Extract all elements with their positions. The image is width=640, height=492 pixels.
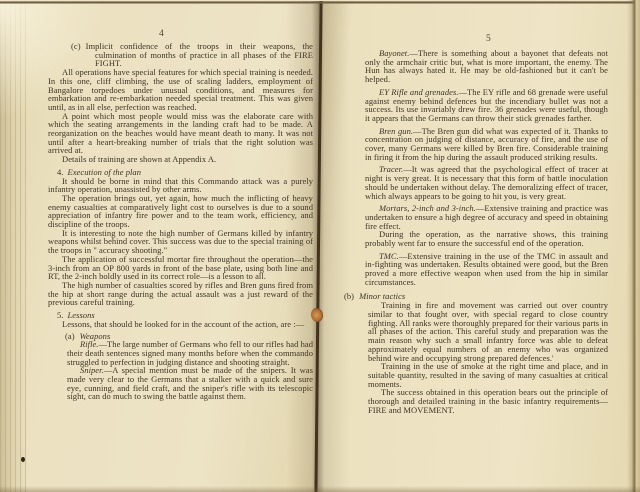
weapon-text: —A special mention must be made of the s… — [67, 365, 313, 401]
book-top-edge — [0, 0, 640, 5]
page-number-right: 5 — [486, 34, 491, 44]
paragraph: The operation brings out, yet again, how… — [48, 194, 313, 229]
book-spread: 4 (c)Implicit confidence of the troops i… — [0, 0, 640, 492]
subsection-letter: (b) — [344, 291, 354, 301]
subsection-label: (b)Minor tactics — [344, 292, 608, 301]
list-item-c: (c)Implicit confidence of the troops in … — [48, 42, 313, 68]
weapon-text: —Extensive training in the use of the TM… — [365, 251, 608, 287]
paragraph: The success obtained in this operation b… — [368, 388, 608, 414]
weapon-paragraph: Rifle.—The large number of Germans who f… — [67, 340, 313, 366]
right-page-text: Bayonet.—There is something about a bayo… — [344, 49, 608, 414]
item-label: (c) — [71, 41, 81, 51]
weapon-paragraph: Tracer.—It was agreed that the psycholog… — [365, 165, 608, 200]
left-page-text: (c)Implicit confidence of the troops in … — [48, 42, 313, 401]
paragraph: A point which most people would miss was… — [48, 112, 313, 156]
item-text: Implicit confidence of the troops in the… — [86, 41, 313, 68]
subsection-title: Minor tactics — [359, 291, 405, 301]
paragraph: It should be borne in mind that this Com… — [48, 177, 313, 194]
book-bottom-edge — [0, 486, 640, 492]
paragraph: The application of successful mortar fir… — [48, 255, 313, 281]
weapon-paragraph: Bren gun.—The Bren gun did what was expe… — [365, 127, 608, 162]
paragraph: Lessons, that should be looked for in th… — [48, 320, 313, 329]
paragraph: The high number of casualties scored by … — [48, 281, 313, 307]
paragraph: It is interesting to note the high numbe… — [48, 229, 313, 255]
paragraph: Training in fire and movement was carrie… — [368, 301, 608, 362]
weapon-paragraph: EY Rifle and grenades.—The EY rifle and … — [365, 88, 608, 123]
subsection-letter: (a) — [65, 331, 75, 341]
weapon-paragraph: Mortars, 2-inch and 3-inch.—Extensive tr… — [365, 204, 608, 230]
page-number-left: 4 — [159, 29, 164, 39]
paragraph: Details of training are shown at Appendi… — [48, 155, 313, 164]
book-right-edge — [627, 0, 640, 492]
paragraph: Training in the use of smoke at the righ… — [368, 362, 608, 388]
ink-spot — [21, 457, 25, 462]
weapon-paragraph: Bayonet.—There is something about a bayo… — [365, 49, 608, 84]
weapon-paragraph: TMC.—Extensive training in the use of th… — [365, 252, 608, 287]
paragraph: All operations have special features for… — [48, 68, 313, 112]
paragraph: During the operation, as the narrative s… — [365, 230, 608, 247]
weapon-text: —The large number of Germans who fell to… — [67, 339, 313, 366]
weapon-paragraph: Sniper.—A special mention must be made o… — [67, 366, 313, 401]
